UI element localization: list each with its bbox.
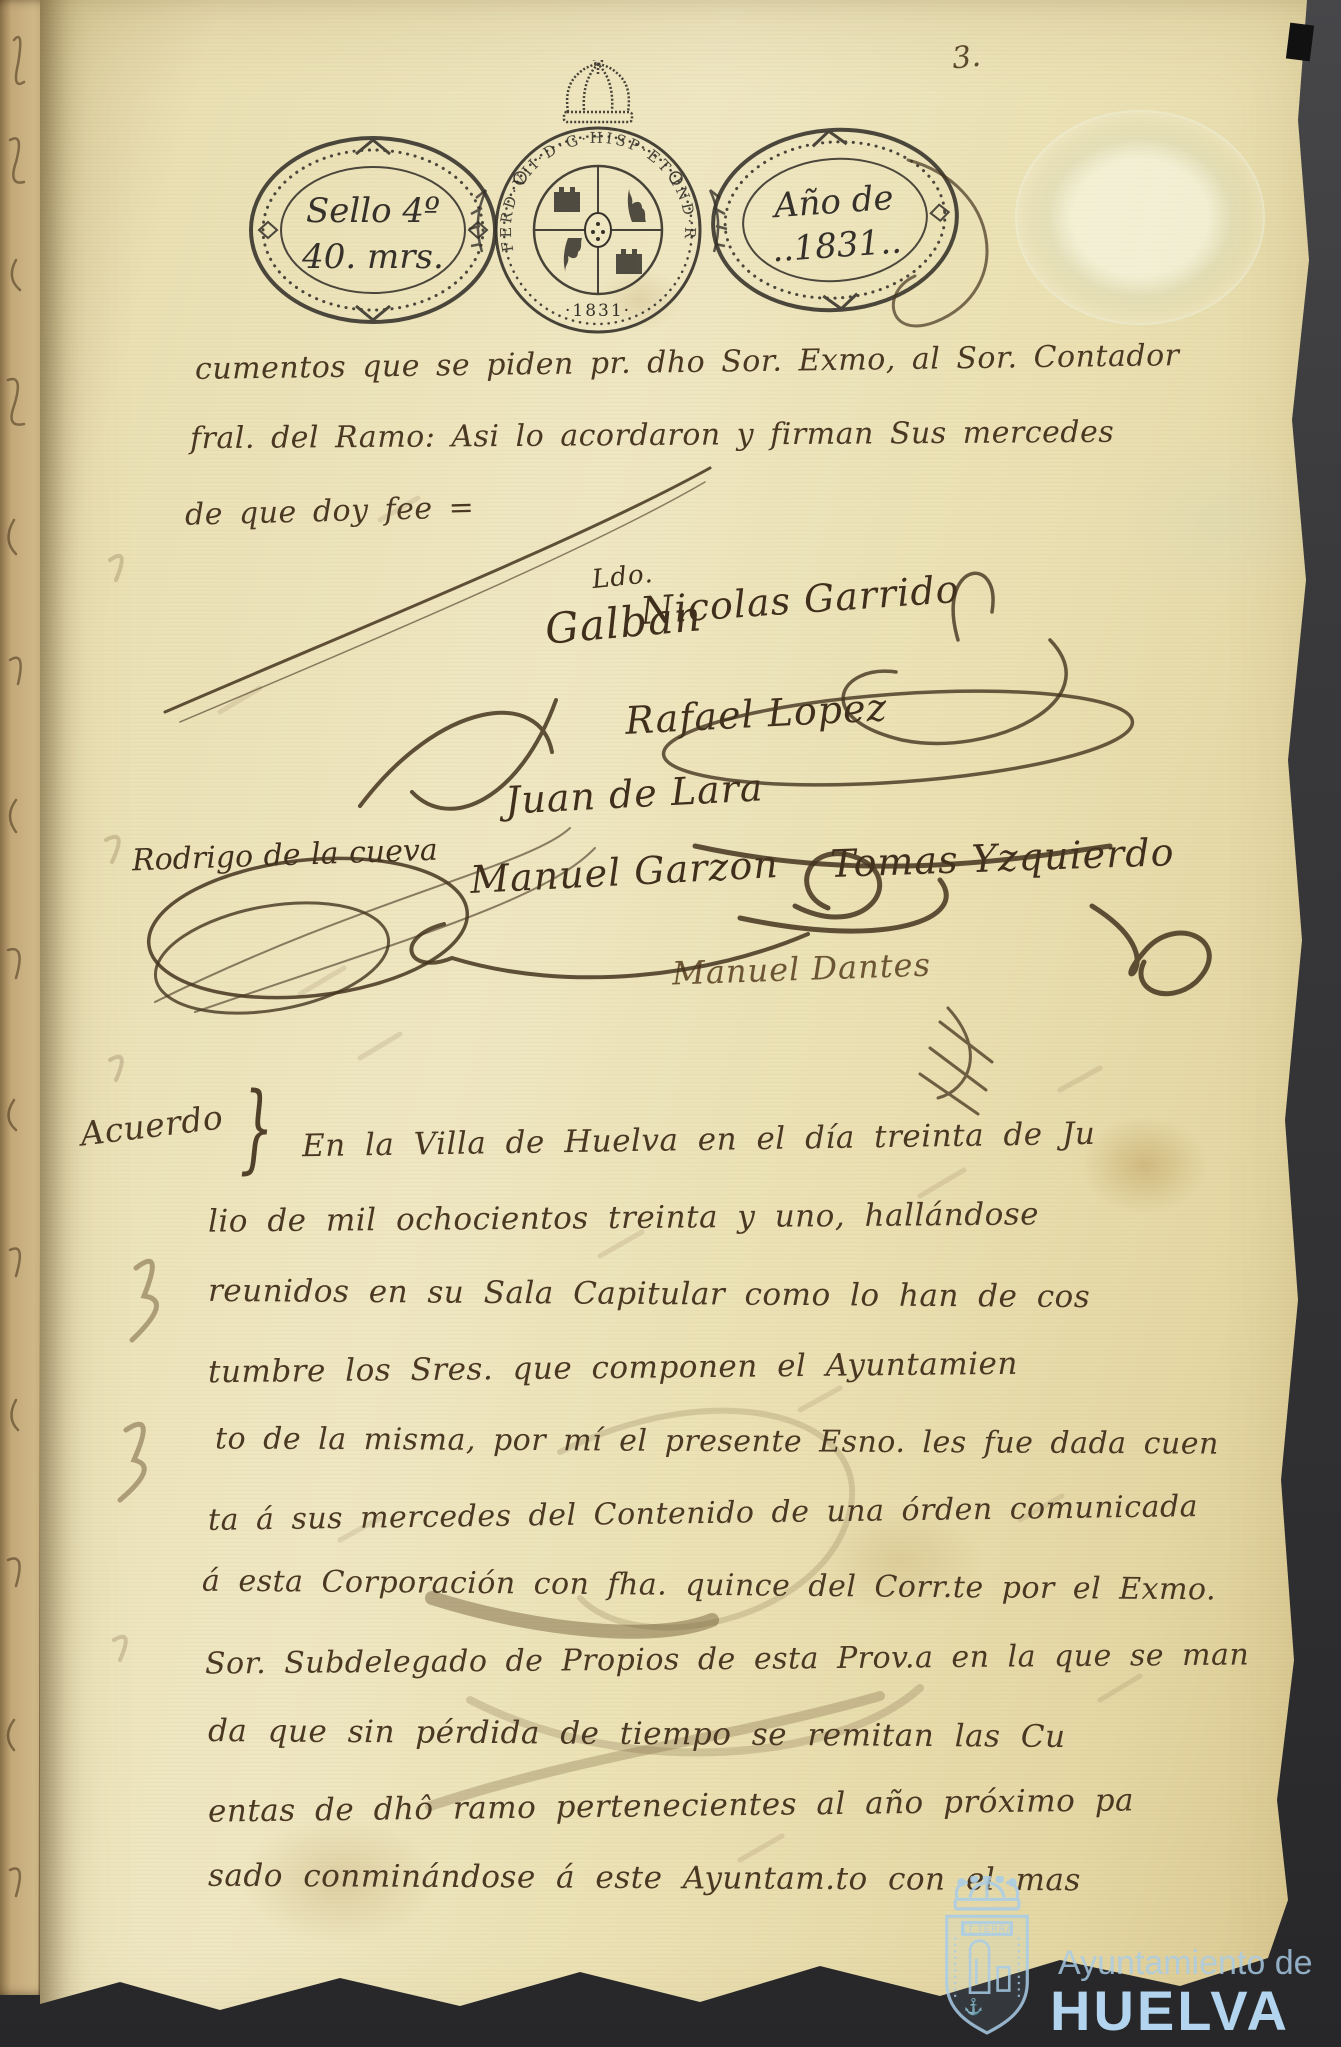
margin-bracket: }: [240, 1072, 274, 1184]
anchor-icon: ⚓: [964, 1997, 984, 2016]
watermark-motto: ET TERRA: [961, 1924, 1014, 1934]
manuscript-line: to de la misma, por mí el presente Esno.…: [215, 1421, 1219, 1461]
corner-dark-tab: [1286, 23, 1314, 62]
manuscript-line: da que sin pérdida de tiempo se remitan …: [208, 1713, 1066, 1755]
watermark-huelva: HUELVA: [1050, 1978, 1290, 2043]
manuscript-line: lio de mil ochocientos treinta y uno, ha…: [208, 1196, 1039, 1239]
huelva-archive-watermark-shield: ET TERRA ⚓: [922, 1876, 1052, 2047]
scanned-manuscript-page: 3. Sello 4º 40. mrs.: [0, 0, 1341, 2047]
manuscript-line: reunidos en su Sala Capitular como lo ha…: [208, 1273, 1090, 1315]
document-sheet: 3. Sello 4º 40. mrs.: [40, 0, 1320, 2047]
